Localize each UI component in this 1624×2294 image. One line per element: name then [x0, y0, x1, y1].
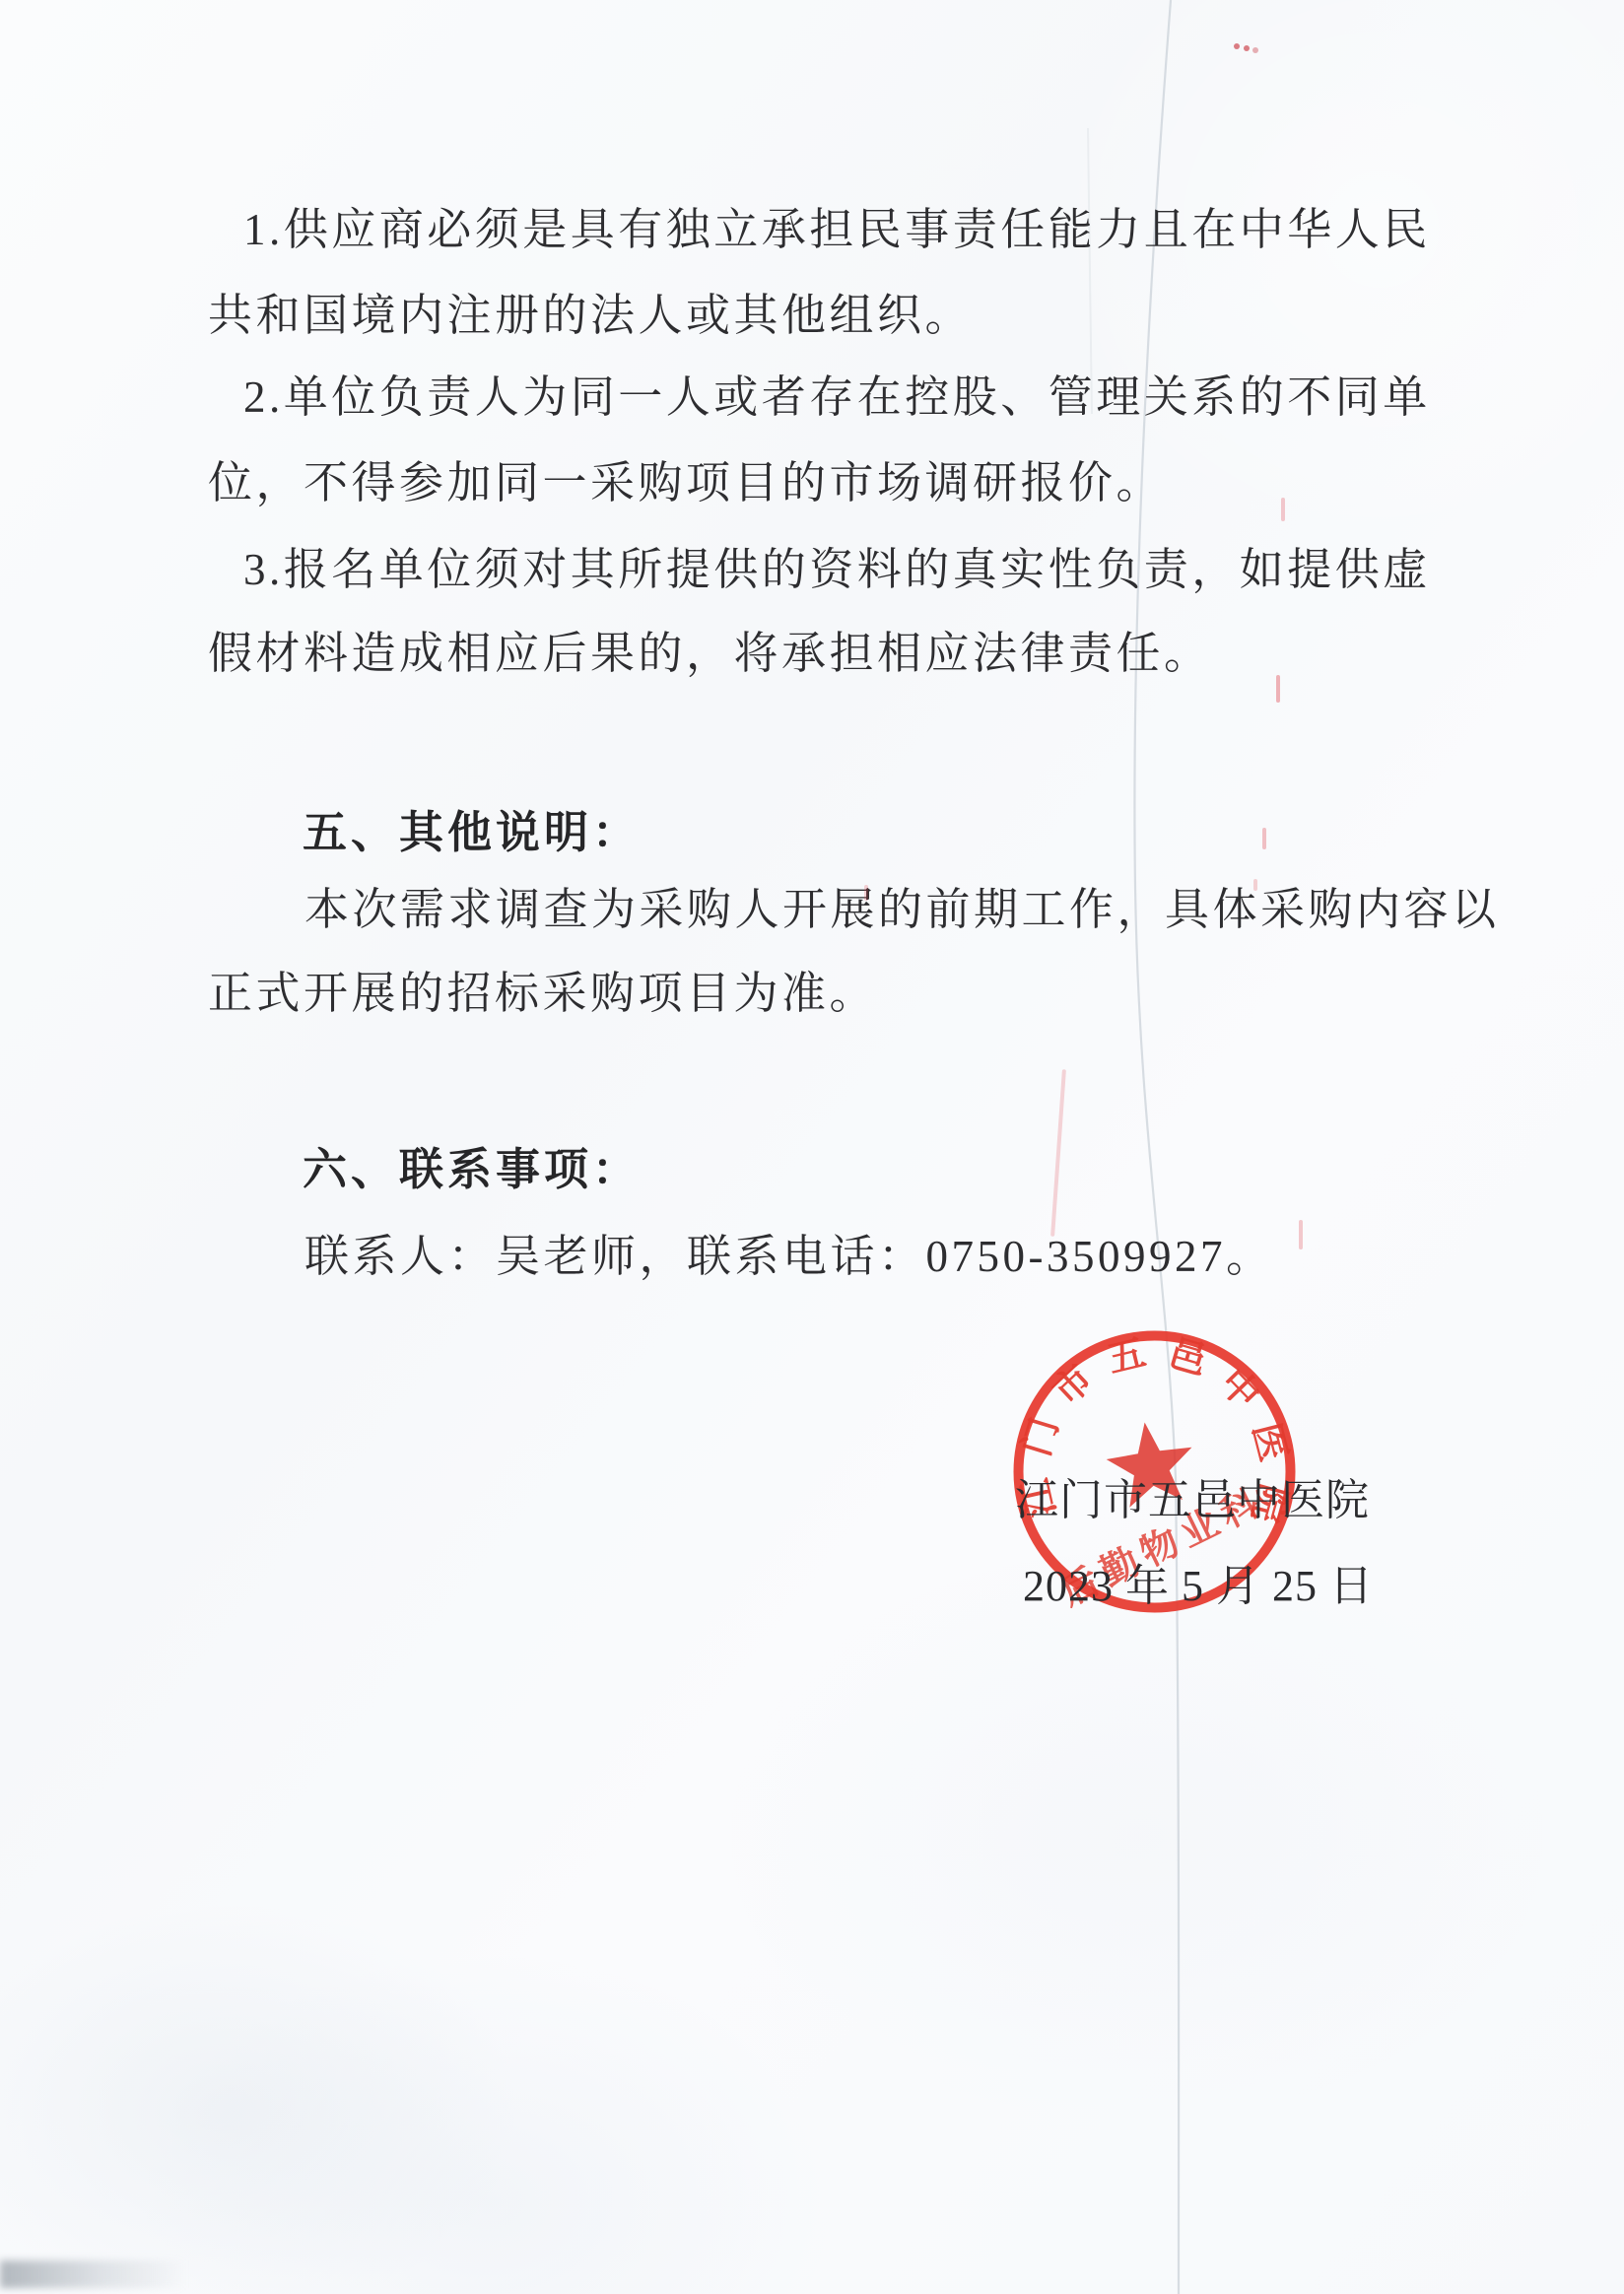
- signature-organization: 江门市五邑中医院: [1015, 1464, 1370, 1527]
- red-speck: [1252, 47, 1258, 53]
- red-speck: [1234, 43, 1240, 49]
- paragraph-line: 正式开展的招标采购项目为准。: [208, 964, 877, 1023]
- document-page: 1.供应商必须是具有独立承担民事责任能力且在中华人民 共和国境内注册的法人或其他…: [0, 0, 1624, 2294]
- section-heading-other-notes: 五、其他说明：: [303, 803, 641, 862]
- paragraph-line: 2.单位负责人为同一人或者存在控股、管理关系的不同单: [243, 368, 1431, 427]
- signature-date: 2023 年 5 月 25 日: [1023, 1550, 1374, 1613]
- red-bleed-mark: [1281, 498, 1285, 521]
- paragraph-line: 共和国境内注册的法人或其他组织。: [208, 286, 973, 345]
- paragraph-line: 1.供应商必须是具有独立承担民事责任能力且在中华人民: [243, 200, 1431, 259]
- red-bleed-mark: [1276, 675, 1280, 703]
- contact-line: 联系人：吴老师，联系电话：0750-3509927。: [304, 1227, 1274, 1286]
- paragraph-line: 假材料造成相应后果的，将承担相应法律责任。: [208, 624, 1212, 683]
- paragraph-line: 位，不得参加同一采购项目的市场调研报价。: [208, 453, 1164, 512]
- red-bleed-mark: [1262, 828, 1266, 849]
- red-bleed-mark: [1050, 1069, 1066, 1237]
- red-speck: [1244, 45, 1250, 51]
- paragraph-line: 本次需求调查为采购人开展的前期工作，具体采购内容以: [304, 880, 1500, 939]
- red-bleed-mark: [1299, 1220, 1303, 1249]
- section-heading-contact: 六、联系事项：: [303, 1140, 641, 1199]
- scan-edge-smudge: [0, 2260, 187, 2288]
- paragraph-line: 3.报名单位须对其所提供的资料的真实性负责，如提供虚: [243, 540, 1431, 599]
